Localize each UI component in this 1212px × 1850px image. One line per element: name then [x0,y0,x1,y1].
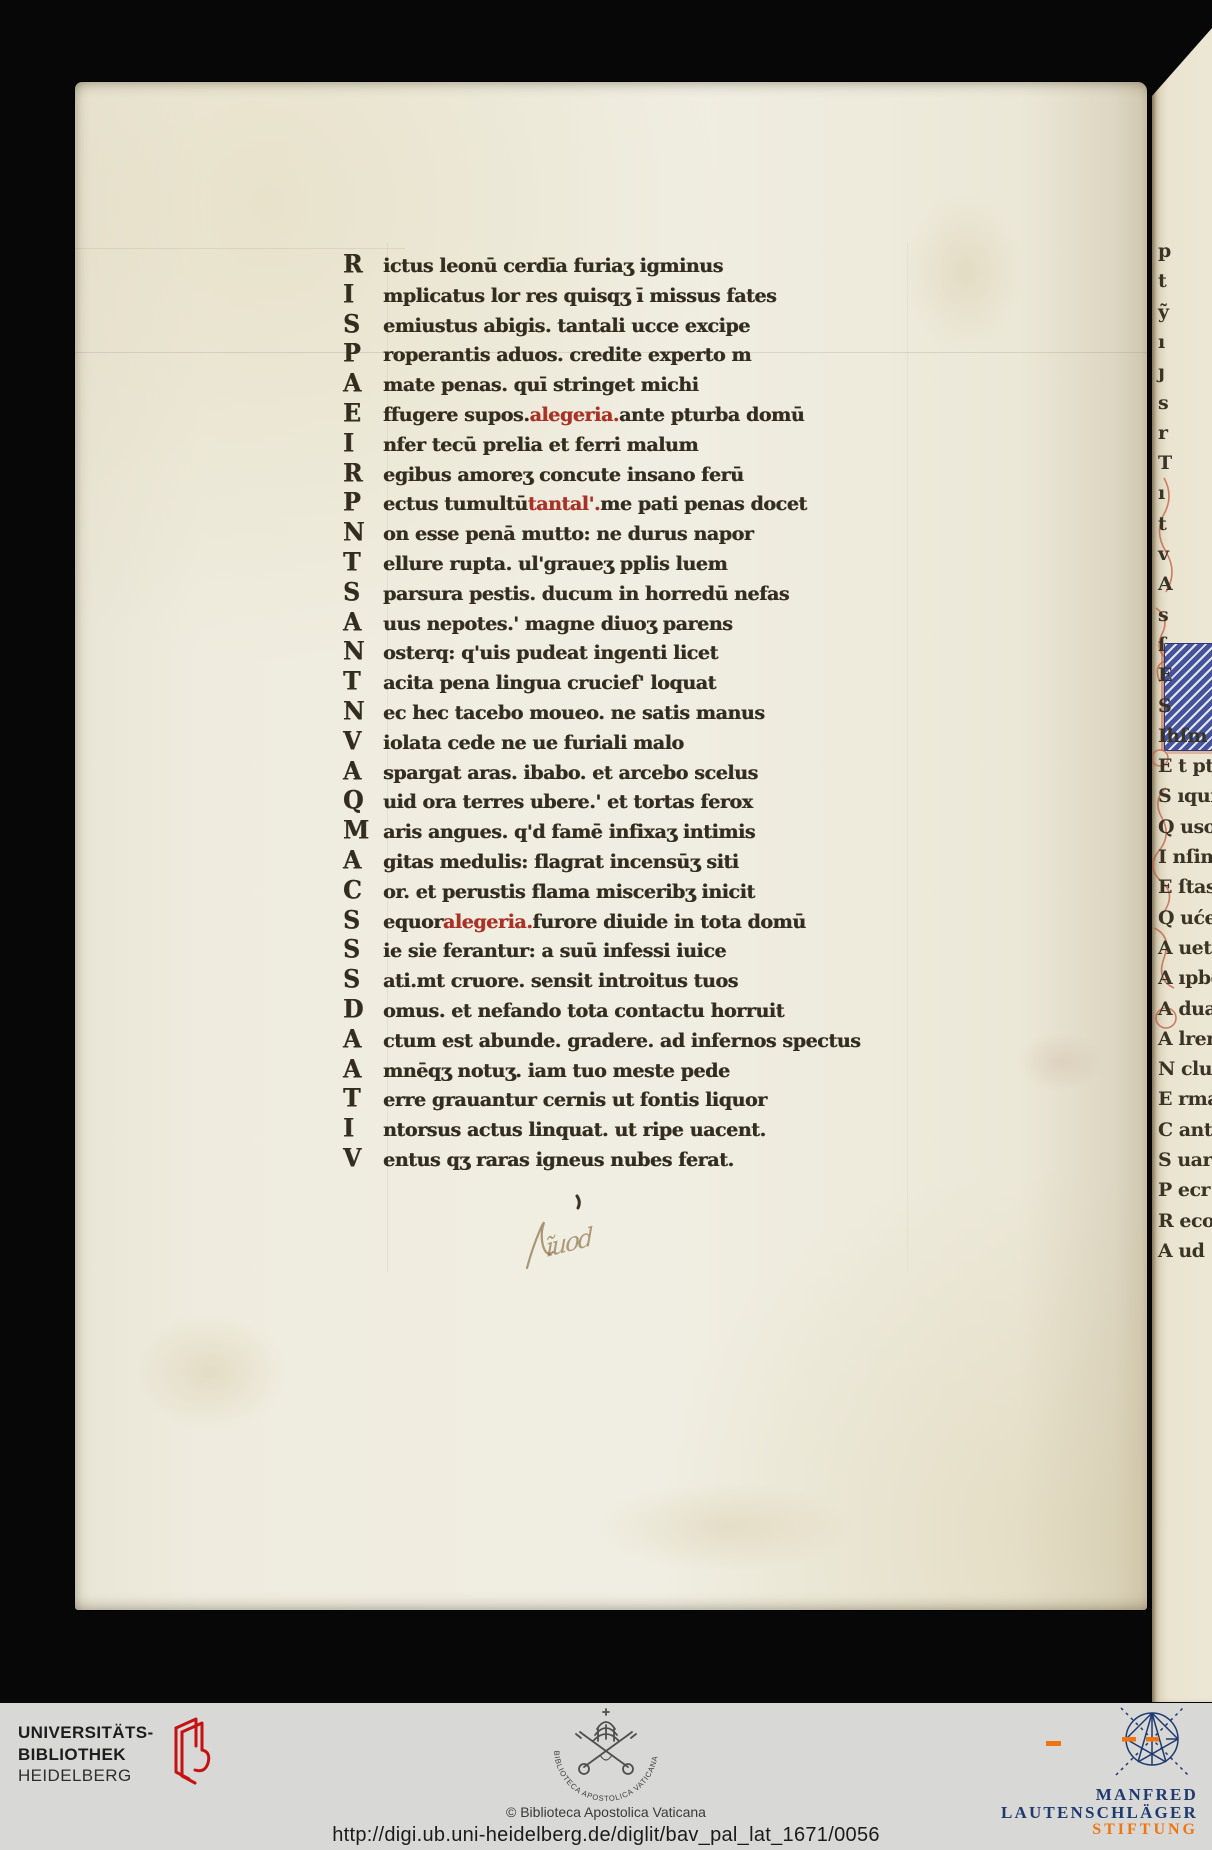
verse-initial: A [343,1024,383,1054]
verse-line: Sequor alegeria. furore diuide in tota d… [343,906,963,936]
facing-page-letter: ſ [1158,634,1166,656]
verse-initial: I [343,428,383,458]
verse-initial: T [343,547,383,577]
verse-initial: I [343,279,383,309]
verse-initial: V [343,726,383,756]
verse-text-block: Rictus leonū cerdīa furiaʒ igminusImplic… [343,250,963,1174]
ub-heidelberg-block: UNIVERSITÄTS- BIBLIOTHEK HEIDELBERG [18,1722,214,1788]
facing-page-letter: A ud [1158,1240,1204,1262]
verse-text: roperantis aduos. credite experto m [383,344,751,366]
verse-line: Cor. et perustis flama misceribʒ inicit [343,876,963,906]
verse-initial: A [343,755,383,785]
verse-initial: R [343,249,383,279]
verse-text: emiustus abigis. tantali ucce excipe [383,315,750,337]
verse-initial: N [343,517,383,547]
verse-line: Amnēqʒ notuʒ. iam tuo meste pede [343,1055,963,1085]
rubric-word: alegeria. [443,911,533,933]
vatican-library-emblem: BIBLIOTECA APOSTOLICA VATICANA [536,1705,676,1805]
ub-line1: UNIVERSITÄTS- [18,1722,154,1744]
verse-initial: S [343,904,383,934]
verse-initial: V [343,1143,383,1173]
verse-initial: A [343,368,383,398]
verse-line: Tellure rupta. ul'graueʒ pplis luem [343,548,963,578]
verse-initial: A [343,845,383,875]
verse-line: Intorsus actus linquat. ut ripe uacent. [343,1114,963,1144]
facing-page-letter: s [1158,392,1168,414]
facing-page-letter: S ıquie [1158,785,1212,807]
parchment-stain [135,1312,285,1432]
verse-initial: Q [343,785,383,815]
facing-page-letter: A lrenc [1158,1028,1212,1050]
verse-line: Implicatus lor res quisqʒ ī missus fates [343,280,963,310]
ub-heidelberg-wordmark: UNIVERSITÄTS- BIBLIOTHEK HEIDELBERG [18,1722,154,1787]
verse-initial: C [343,875,383,905]
facing-page-letter: s [1158,604,1168,626]
verse-line: Agitas medulis: flagrat incensūʒ siti [343,846,963,876]
verse-text: egibus amoreʒ concute insano ferū [383,464,744,486]
verse-text: nfer tecū prelia et ferri malum [383,434,698,456]
verse-text: uus nepotes.' magne diuoʒ parens [383,613,732,635]
verse-text: acita pena lingua crucief' loquat [383,672,716,694]
verse-initial: N [343,696,383,726]
ub-heidelberg-book-icon [162,1716,214,1788]
rubric-word: alegeria. [529,404,619,426]
facing-page-letter: S [1158,695,1171,717]
verse-text: mnēqʒ notuʒ. iam tuo meste pede [383,1060,730,1082]
facing-page-letter: Q ućem [1158,907,1212,929]
facing-page-sliver: ptỹıȷsrTıtvAsſESIhſmE t ptrS ıquieQ uso … [1152,28,1212,1702]
facing-page-letter: S uar [1158,1149,1212,1171]
verse-text: mate penas. quī stringet michi [383,374,698,396]
verse-text: gitas medulis: flagrat incensūʒ siti [383,851,739,873]
verse-text: ffugere supos. [383,404,529,426]
manuscript-page: Rictus leonū cerdīa furiaʒ igminusImplic… [75,82,1147,1610]
verse-text: ie sie ferantur: a suū infessi iuice [383,940,726,962]
verse-line: Regibus amoreʒ concute insano ferū [343,459,963,489]
facing-page-letter: ı [1158,482,1165,504]
verse-line: Terre grauantur cernis ut fontis liquor [343,1084,963,1114]
verse-initial: S [343,577,383,607]
verse-text: uid ora terres ubere.' et tortas ferox [383,791,753,813]
verse-line: Auus nepotes.' magne diuoʒ parens [343,608,963,638]
verse-text: aris angues. q'd famē infixaʒ intimis [383,821,755,843]
rubric-word: tantal'. [528,493,600,515]
catchword-text: ĩuod [546,1222,592,1263]
facing-page-letter: r [1158,422,1168,444]
facing-page-letter: A uett [1158,937,1212,959]
verse-initial: P [343,338,383,368]
catchword-scribble: ĩuod [493,1194,663,1289]
verse-initial: E [343,398,383,428]
facing-page-letter: A ıpbē [1158,967,1212,989]
verse-text: on esse penā mutto: ne durus napor [383,523,753,545]
verse-line: Domus. et nefando tota contactu horruit [343,995,963,1025]
verse-text: spargat aras. ibabo. et arcebo scelus [383,762,758,784]
verse-initial: S [343,964,383,994]
verse-line: Infer tecū prelia et ferri malum [343,429,963,459]
facing-page-letter: E ſtas n [1158,876,1212,898]
facing-page-letter: t [1158,513,1166,535]
parchment-stain [1015,1032,1105,1092]
ub-line3: HEIDELBERG [18,1765,154,1787]
verse-initial: P [343,487,383,517]
verse-line: Amate penas. quī stringet michi [343,369,963,399]
verse-text: ec hec tacebo moueo. ne satis manus [383,702,765,724]
verse-initial: R [343,457,383,487]
facing-page-letter: ỹ [1158,301,1169,323]
facing-page-letter: C antr [1158,1119,1212,1141]
verse-text: or. et perustis flama misceribʒ inicit [383,881,755,903]
verse-line: Semiustus abigis. tantali ucce excipe [343,310,963,340]
facing-page-letter: ȷ [1158,361,1164,383]
facing-page-letter: A duar [1158,998,1212,1020]
facing-page-letter: N cluar [1158,1058,1212,1080]
facing-page-letter: Q uso e [1158,816,1212,838]
verse-line: Actum est abunde. gradere. ad infernos s… [343,1025,963,1055]
verse-text: ctum est abunde. gradere. ad infernos sp… [383,1030,860,1052]
verse-initial: A [343,606,383,636]
mls-wordmark: MANFRED LAUTENSCHLÄGER STIFTUNG [938,1786,1198,1839]
facing-page-letter: t [1158,270,1166,292]
facing-page-letter: E t ptr [1158,755,1212,777]
verse-line: Nosterq: q'uis pudeat ingenti licet [343,637,963,667]
verse-text: ntorsus actus linquat. ut ripe uacent. [383,1119,766,1141]
mls-line2: LAUTENSCHLÄGER [938,1804,1198,1822]
verse-text: equor [383,911,443,933]
footer-band: UNIVERSITÄTS- BIBLIOTHEK HEIDELBERG [0,1703,1212,1850]
verse-text: iolata cede ne ue furiali malo [383,732,684,754]
verse-text: parsura pestis. ducum in horredū nefas [383,583,789,605]
verse-line: Sati.mt cruore. sensit introitus tuos [343,965,963,995]
ub-line2: BIBLIOTHEK [18,1744,154,1766]
verse-line: Maris angues. q'd famē infixaʒ intimis [343,816,963,846]
verse-text: furore diuide in tota domū [532,911,805,933]
verse-line: Sparsura pestis. ducum in horredū nefas [343,578,963,608]
facing-page-letter: R eco [1158,1210,1212,1232]
facing-page-letter: v [1158,543,1169,565]
verse-line: Sie sie ferantur: a suū infessi iuice [343,935,963,965]
verse-text: ictus leonū cerdīa furiaʒ igminus [383,255,723,277]
vatican-arc-text: BIBLIOTECA APOSTOLICA VATICANA [552,1750,660,1803]
verse-line: Aspargat aras. ibabo. et arcebo scelus [343,757,963,787]
facing-page-letter: T [1158,452,1172,474]
verse-line: Tacita pena lingua crucief' loquat [343,667,963,697]
verse-text: ellure rupta. ul'graueʒ pplis luem [383,553,727,575]
facing-page-letter: P ecr [1158,1179,1210,1201]
verse-text: entus qʒ raras igneus nubes ferat. [383,1149,734,1171]
verse-text: ectus tumultū [383,493,528,515]
verse-line: Non esse penā mutto: ne durus napor [343,518,963,548]
verse-line: Pectus tumultū tantal'. me pati penas do… [343,488,963,518]
verse-line: Nec hec tacebo moueo. ne satis manus [343,697,963,727]
verse-text: ante pturba domū [619,404,804,426]
verse-text: ati.mt cruore. sensit introitus tuos [383,970,738,992]
verse-line: Ventus qʒ raras igneus nubes ferat. [343,1144,963,1174]
verse-initial: T [343,1083,383,1113]
mls-line3: STIFTUNG [938,1822,1198,1839]
mls-globe-logo [1078,1707,1198,1779]
verse-line: Violata cede ne ue furiali malo [343,727,963,757]
verse-initial: D [343,994,383,1024]
facing-page-letter: Ihſm [1158,725,1207,747]
catchword-pen-stroke [493,1194,663,1289]
verse-line: Effugere supos. alegeria. ante pturba do… [343,399,963,429]
verse-line: Properantis aduos. credite experto m [343,339,963,369]
facing-page-letter: ı [1158,331,1165,353]
verse-initial: A [343,1053,383,1083]
verse-initial: S [343,308,383,338]
facing-page-letter: E rma [1158,1088,1212,1110]
verse-text: erre grauantur cernis ut fontis liquor [383,1089,767,1111]
verse-initial: S [343,934,383,964]
scan-viewport: Rictus leonū cerdīa furiaʒ igminusImplic… [0,0,1212,1850]
verse-text: osterq: q'uis pudeat ingenti licet [383,642,718,664]
facing-page-letter: E [1158,664,1172,686]
mls-line1: MANFRED [938,1786,1198,1804]
verse-initial: T [343,666,383,696]
facing-page-letter: A [1158,573,1172,595]
parchment-stain [595,1482,855,1572]
mls-block: MANFRED LAUTENSCHLÄGER STIFTUNG [938,1707,1198,1839]
svg-text:BIBLIOTECA APOSTOLICA VATICANA: BIBLIOTECA APOSTOLICA VATICANA [552,1750,660,1803]
verse-text: mplicatus lor res quisqʒ ī missus fates [383,285,776,307]
facing-page-letter: p [1158,240,1171,262]
facing-page-letter: I nſim [1158,846,1212,868]
verse-line: Quid ora terres ubere.' et tortas ferox [343,786,963,816]
verse-initial: M [343,815,383,845]
verse-initial: I [343,1113,383,1143]
verse-line: Rictus leonū cerdīa furiaʒ igminus [343,250,963,280]
verse-text: omus. et nefando tota contactu horruit [383,1000,784,1022]
verse-text: me pati penas docet [600,493,807,515]
verse-initial: N [343,636,383,666]
